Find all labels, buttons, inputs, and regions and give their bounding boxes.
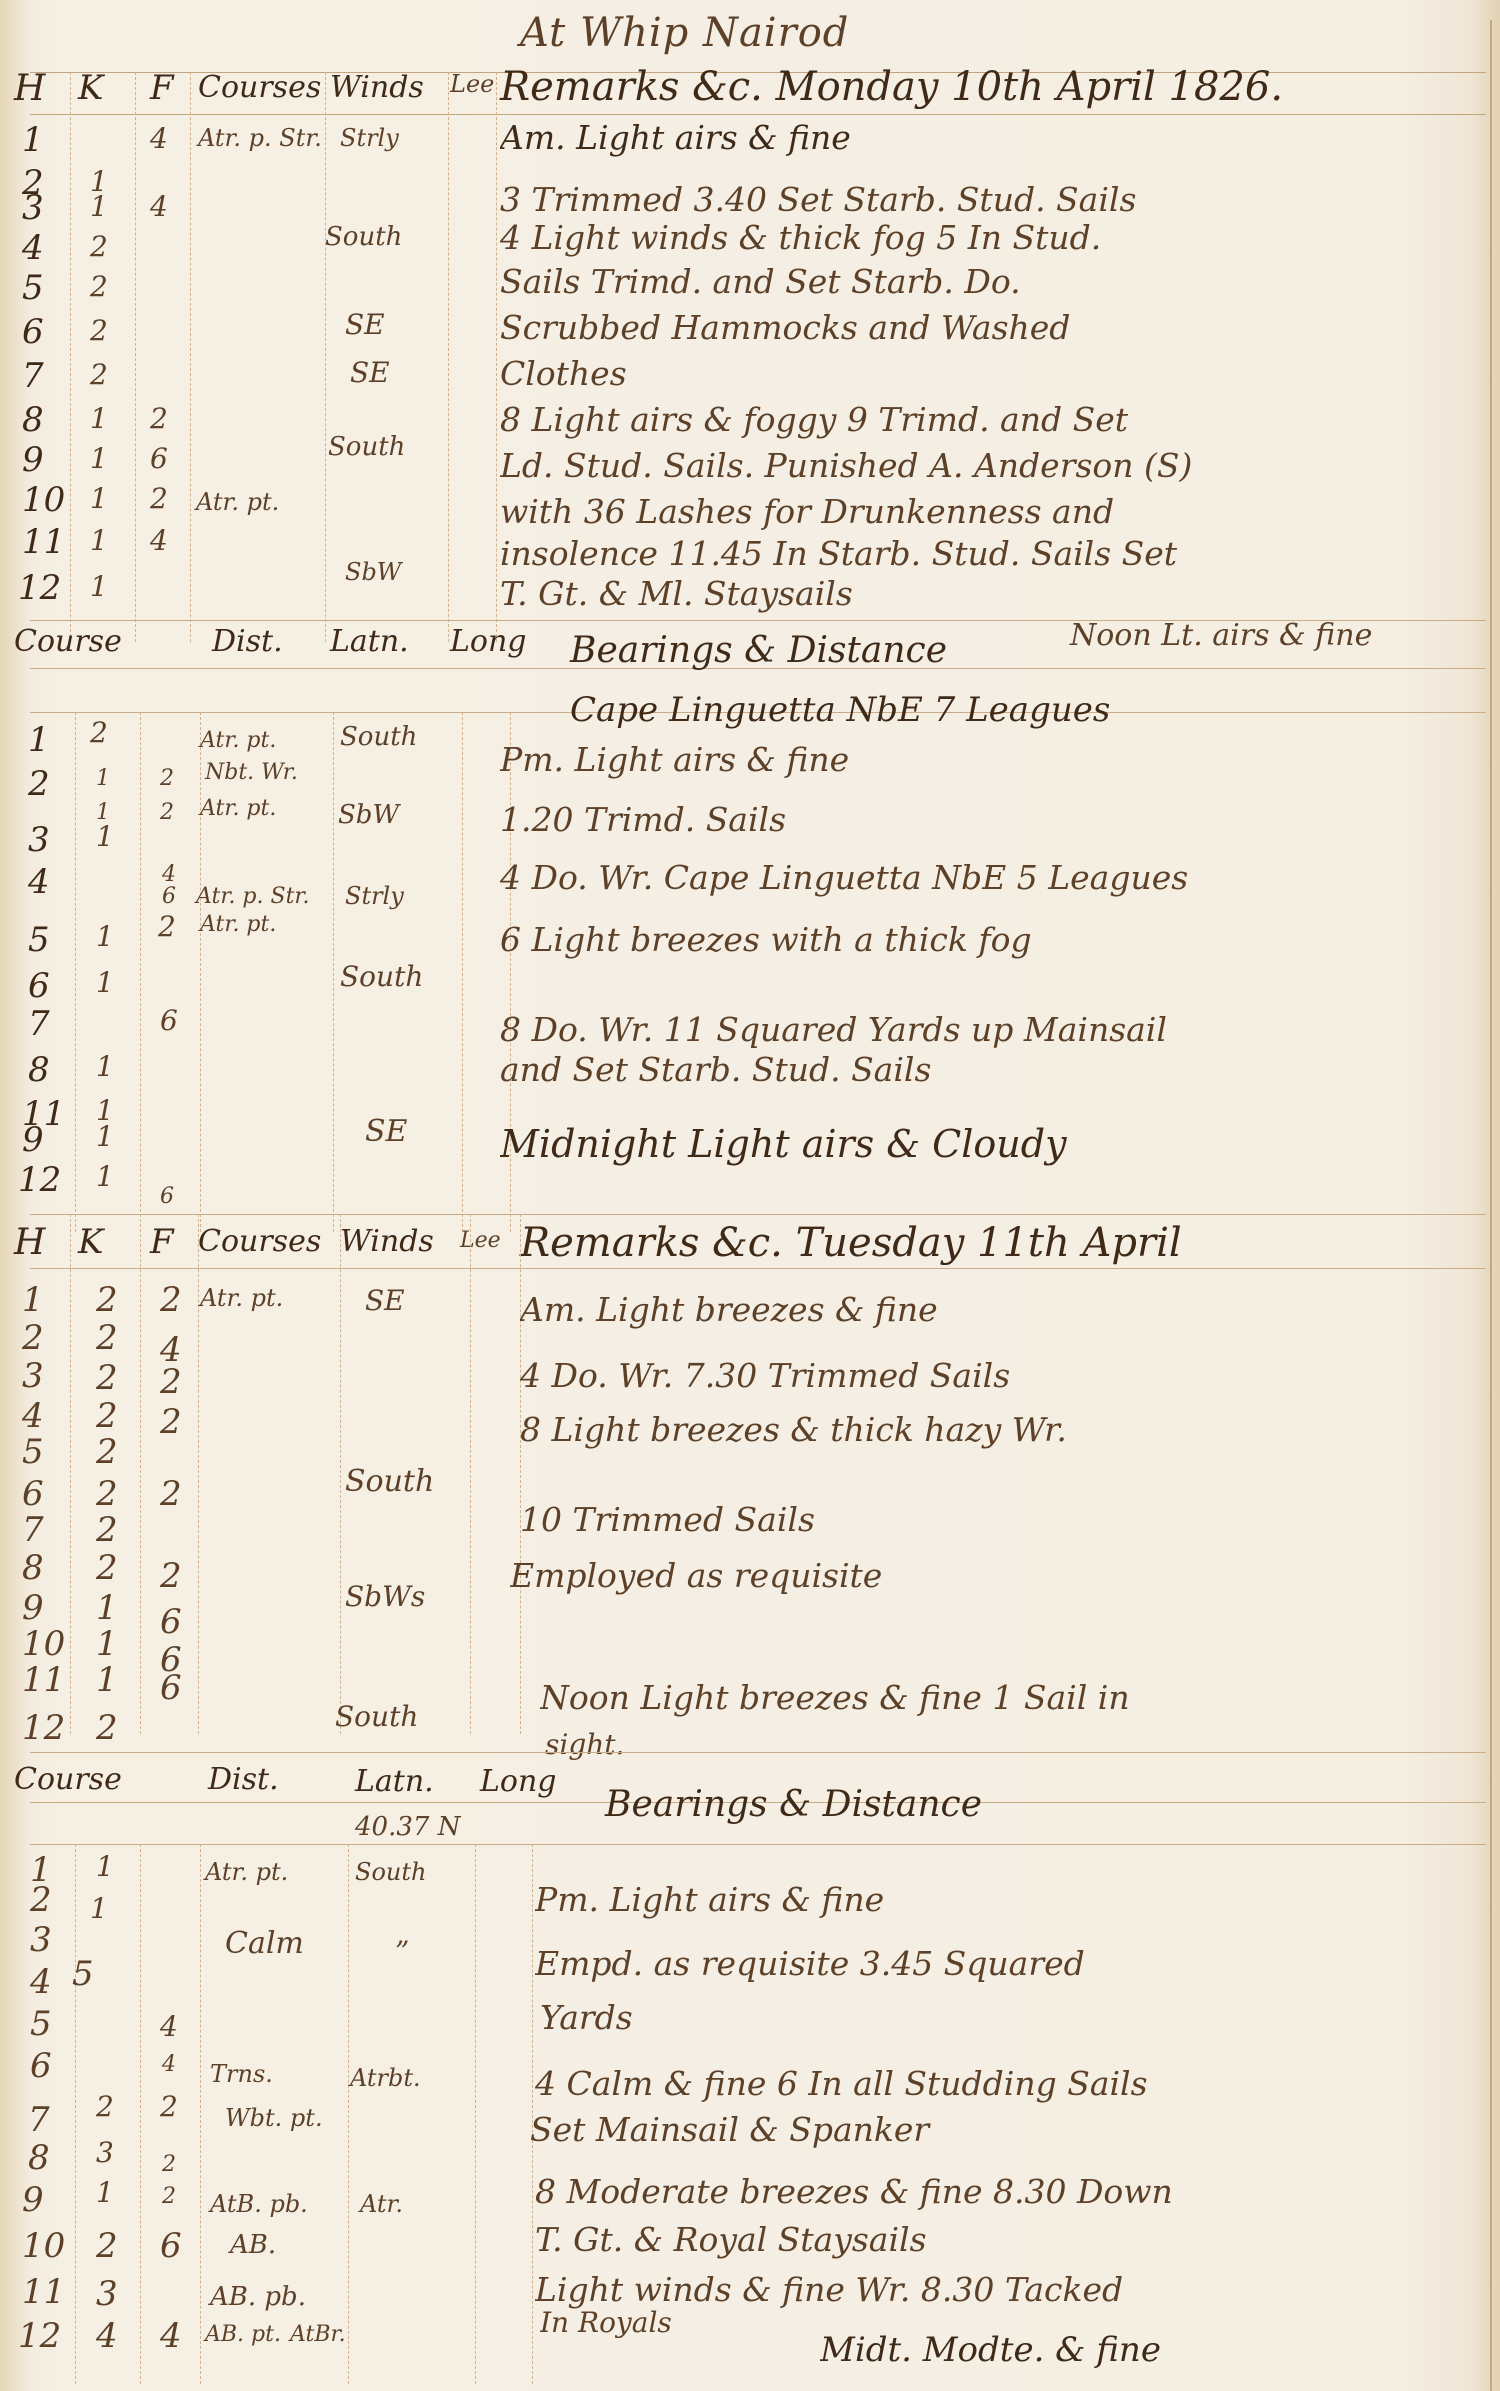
noon-col-course: Course [14, 624, 122, 659]
col-header-fathoms: F [150, 68, 174, 108]
noon-rule [30, 1844, 1486, 1845]
header-rule [30, 1268, 1486, 1269]
col-header-hours: H [14, 1222, 45, 1263]
noon-bearing-value: Cape Linguetta NbE 7 Leagues [570, 690, 1110, 730]
col-rule [135, 72, 136, 642]
noon-col-dist: Dist. [212, 624, 283, 659]
ledger-page: At Whip Nairod H K F Courses Winds Lee R… [0, 0, 1500, 2391]
remarks-date-header: Remarks &c. Monday 10th April 1826. [500, 64, 1283, 110]
col-header-fathoms: F [150, 1222, 174, 1262]
col-rule [475, 1844, 476, 2384]
page-title: At Whip Nairod [520, 10, 849, 56]
col-header-knots: K [78, 1222, 103, 1262]
col-rule [462, 712, 463, 1232]
remarks-date-header: Remarks &c. Tuesday 11th April [520, 1220, 1182, 1266]
noon-col-dist: Dist. [208, 1762, 279, 1797]
col-rule [190, 72, 191, 642]
col-rule [325, 72, 326, 642]
col-rule [470, 1214, 471, 1734]
col-rule [200, 712, 201, 1232]
noon-bearings-header: Bearings & Distance [605, 1784, 982, 1825]
noon-col-lat: Latn. [330, 624, 409, 659]
noon-col-long: Long [480, 1764, 557, 1799]
col-rule [348, 1844, 349, 2384]
col-rule [333, 712, 334, 1232]
col-header-winds: Winds [340, 1224, 434, 1259]
header-rule [30, 1214, 1486, 1215]
closing-remark: Midt. Modte. & fine [820, 2330, 1500, 2370]
col-rule [70, 1214, 71, 1734]
noon-bearings-header: Bearings & Distance [570, 630, 947, 671]
noon-col-lat: Latn. [355, 1764, 434, 1799]
header-rule [30, 114, 1486, 115]
col-rule [140, 1214, 141, 1734]
col-header-lee: Lee [460, 1228, 501, 1253]
col-header-knots: K [78, 68, 103, 108]
col-header-courses: Courses [198, 1224, 321, 1259]
col-header-lee: Lee [450, 70, 494, 98]
col-rule [75, 712, 76, 1232]
noon-col-course: Course [14, 1762, 122, 1797]
col-rule [200, 1844, 201, 2384]
noon-note: Noon Lt. airs & fine [1070, 618, 1372, 653]
col-header-hours: H [14, 68, 45, 109]
col-rule [75, 1844, 76, 2384]
col-rule [496, 72, 497, 642]
col-header-winds: Winds [330, 70, 424, 105]
col-rule [70, 72, 71, 642]
col-rule [140, 712, 141, 1232]
col-header-courses: Courses [198, 70, 321, 105]
col-rule [448, 72, 449, 642]
noon-latitude-value: 40.37 N [355, 1812, 460, 1842]
noon-rule [30, 1752, 1486, 1753]
col-rule [140, 1844, 141, 2384]
col-rule [340, 1214, 341, 1734]
col-rule [198, 1214, 199, 1734]
noon-col-long: Long [450, 624, 527, 659]
